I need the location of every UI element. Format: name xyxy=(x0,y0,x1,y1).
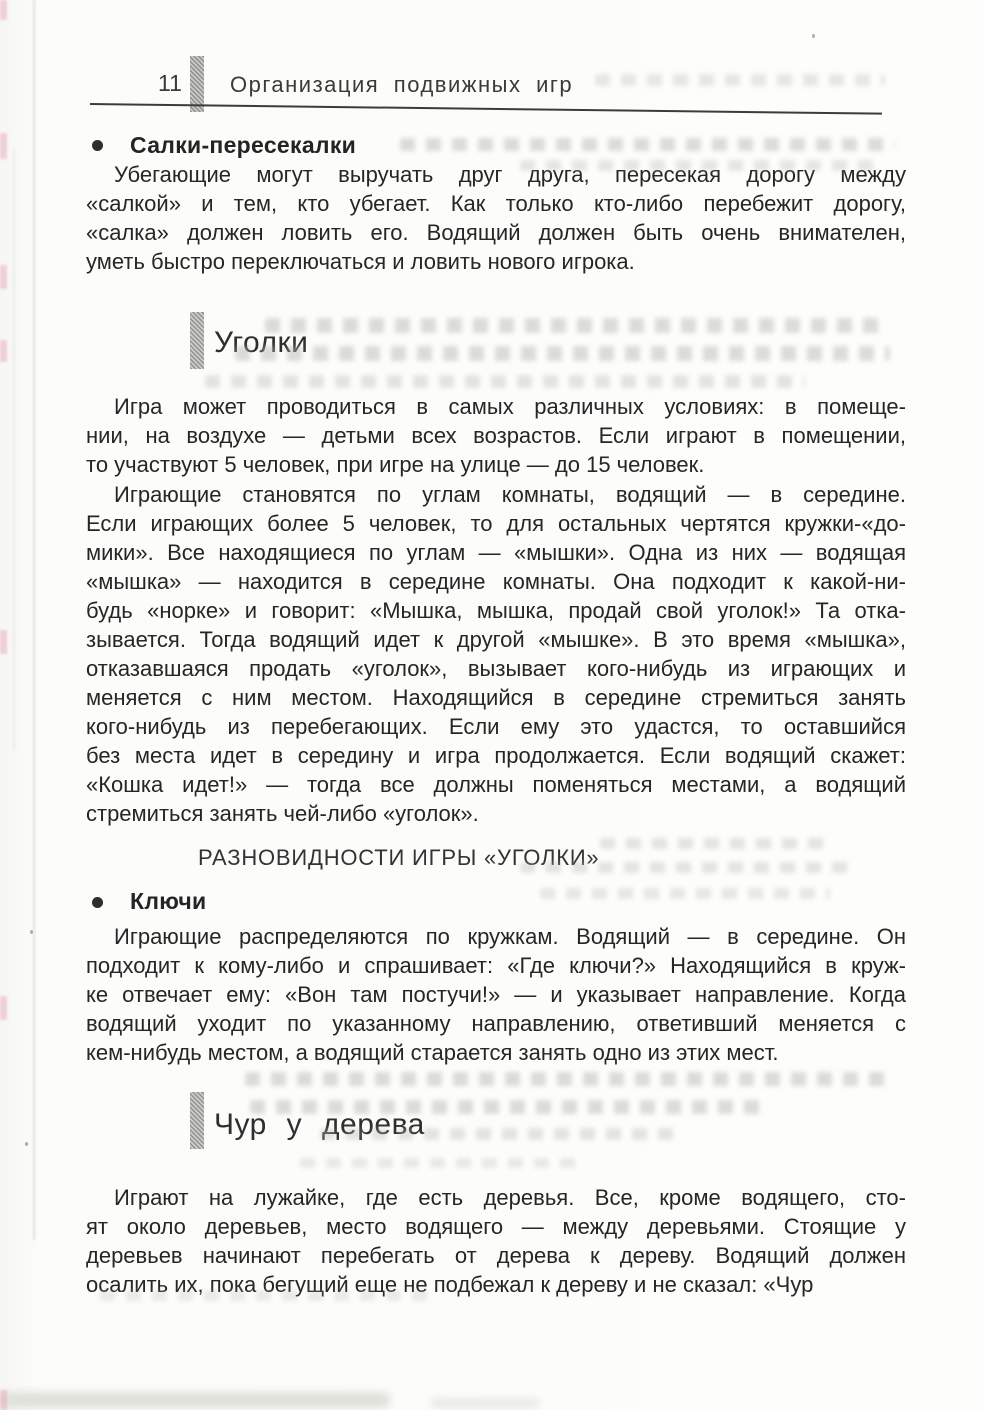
bleedthrough-smudge xyxy=(235,346,890,361)
text-line: Игра может проводиться в самых различных… xyxy=(86,392,906,421)
text-line: отказавшаяся продать «уголок», вызывает … xyxy=(86,654,906,683)
text-line: кого-нибудь из перебегающих. Если ему эт… xyxy=(86,712,906,741)
paragraph-salki: Убегающие могут выручать друг друга, пер… xyxy=(86,160,906,276)
scan-edge-smear xyxy=(430,1398,540,1408)
text-line: без места идет в середину и игра продолж… xyxy=(86,741,906,770)
text-line: кем-нибудь местом, а водящий старается з… xyxy=(86,1038,906,1067)
scan-speck xyxy=(25,1142,28,1146)
text-line: водящий уходит по указанному направлению… xyxy=(86,1009,906,1038)
text-line: меняется с ним местом. Находящийся в сер… xyxy=(86,683,906,712)
text-line: «Кошка идет!» — тогда все должны поменят… xyxy=(86,770,906,799)
bleedthrough-smudge xyxy=(600,838,830,849)
text-line: ке отвечает ему: «Вон там постучи!» — и … xyxy=(86,980,906,1009)
scan-speck xyxy=(30,930,33,934)
text-line: будь «норке» и говорит: «Мышка, мышка, п… xyxy=(86,596,906,625)
bullet-marker xyxy=(92,897,103,908)
text-line: «салкой» и тем, кто убегает. Как только … xyxy=(86,189,906,218)
paragraph-ugolki-1: Игра может проводиться в самых различных… xyxy=(86,392,906,479)
scan-edge-mark xyxy=(0,265,7,289)
text-line: деревьев начинают перебегать от дерева к… xyxy=(86,1241,906,1270)
game-heading-klyuchi: Ключи xyxy=(130,888,206,915)
paragraph-ugolki-2: Играющие становятся по углам комнаты, во… xyxy=(86,480,906,828)
scan-edge-mark xyxy=(0,996,7,1020)
text-line: Если играющих более 5 человек, то для ос… xyxy=(86,509,906,538)
bleedthrough-smudge xyxy=(300,1158,580,1168)
bleedthrough-smudge xyxy=(400,138,895,151)
bullet-marker xyxy=(92,140,103,151)
text-line: нии, на воздухе — детьми всех возрастов.… xyxy=(86,421,906,450)
text-line: то участвуют 5 человек, при игре на улиц… xyxy=(86,450,906,479)
bleedthrough-smudge xyxy=(245,1072,885,1086)
scan-edge-mark xyxy=(0,133,7,159)
bleedthrough-smudge xyxy=(320,1128,680,1140)
bleedthrough-smudge xyxy=(265,318,885,333)
scan-edge-smear xyxy=(0,1392,390,1408)
text-line: «мышка» — находится в середине комнаты. … xyxy=(86,567,906,596)
running-header-title: Организация подвижных игр xyxy=(230,72,573,98)
bleedthrough-smudge xyxy=(250,1100,770,1114)
text-line: стремиться занять чей-либо «уголок». xyxy=(86,799,906,828)
text-line: Играющие становятся по углам комнаты, во… xyxy=(86,480,906,509)
scan-speck xyxy=(812,34,815,38)
bleedthrough-smudge xyxy=(520,160,880,171)
bleedthrough-smudge xyxy=(595,74,885,86)
scan-edge-mark xyxy=(0,0,7,20)
text-line: ят около деревьев, место водящего — межд… xyxy=(86,1212,906,1241)
text-line: Играют на лужайке, где есть деревья. Все… xyxy=(86,1183,906,1212)
scanned-book-page: 11 Организация подвижных игр Салки-перес… xyxy=(0,0,985,1410)
bleedthrough-smudge xyxy=(520,862,850,873)
bleedthrough-smudge xyxy=(100,1290,430,1301)
scan-edge-mark xyxy=(0,340,7,362)
text-line: уметь быстро переключаться и ловить ново… xyxy=(86,247,906,276)
scan-edge-mark xyxy=(0,1390,7,1410)
game-heading-salki: Салки-пересекалки xyxy=(130,132,356,159)
bleedthrough-smudge xyxy=(205,375,805,388)
bleedthrough-smudge xyxy=(540,888,830,899)
paragraph-klyuchi: Играющие распределяются по кружкам. Водя… xyxy=(86,922,906,1067)
page-number: 11 xyxy=(158,70,182,97)
text-line: подходит к кому-либо и спрашивает: «Где … xyxy=(86,951,906,980)
scan-crease-line xyxy=(33,0,35,1240)
header-rule-divider xyxy=(90,103,882,115)
paragraph-chur: Играют на лужайке, где есть деревья. Все… xyxy=(86,1183,906,1299)
text-line: мики». Все находящиеся по углам — «мышки… xyxy=(86,538,906,567)
section-halftone-bar-icon xyxy=(190,1092,204,1149)
section-halftone-bar-icon xyxy=(190,312,204,369)
scan-edge-mark xyxy=(0,630,7,654)
text-line: «салка» должен ловить его. Водящий долже… xyxy=(86,218,906,247)
scan-crease-line xyxy=(13,150,15,750)
text-line: Играющие распределяются по кружкам. Водя… xyxy=(86,922,906,951)
text-line: зывается. Тогда водящий идет к другой «м… xyxy=(86,625,906,654)
